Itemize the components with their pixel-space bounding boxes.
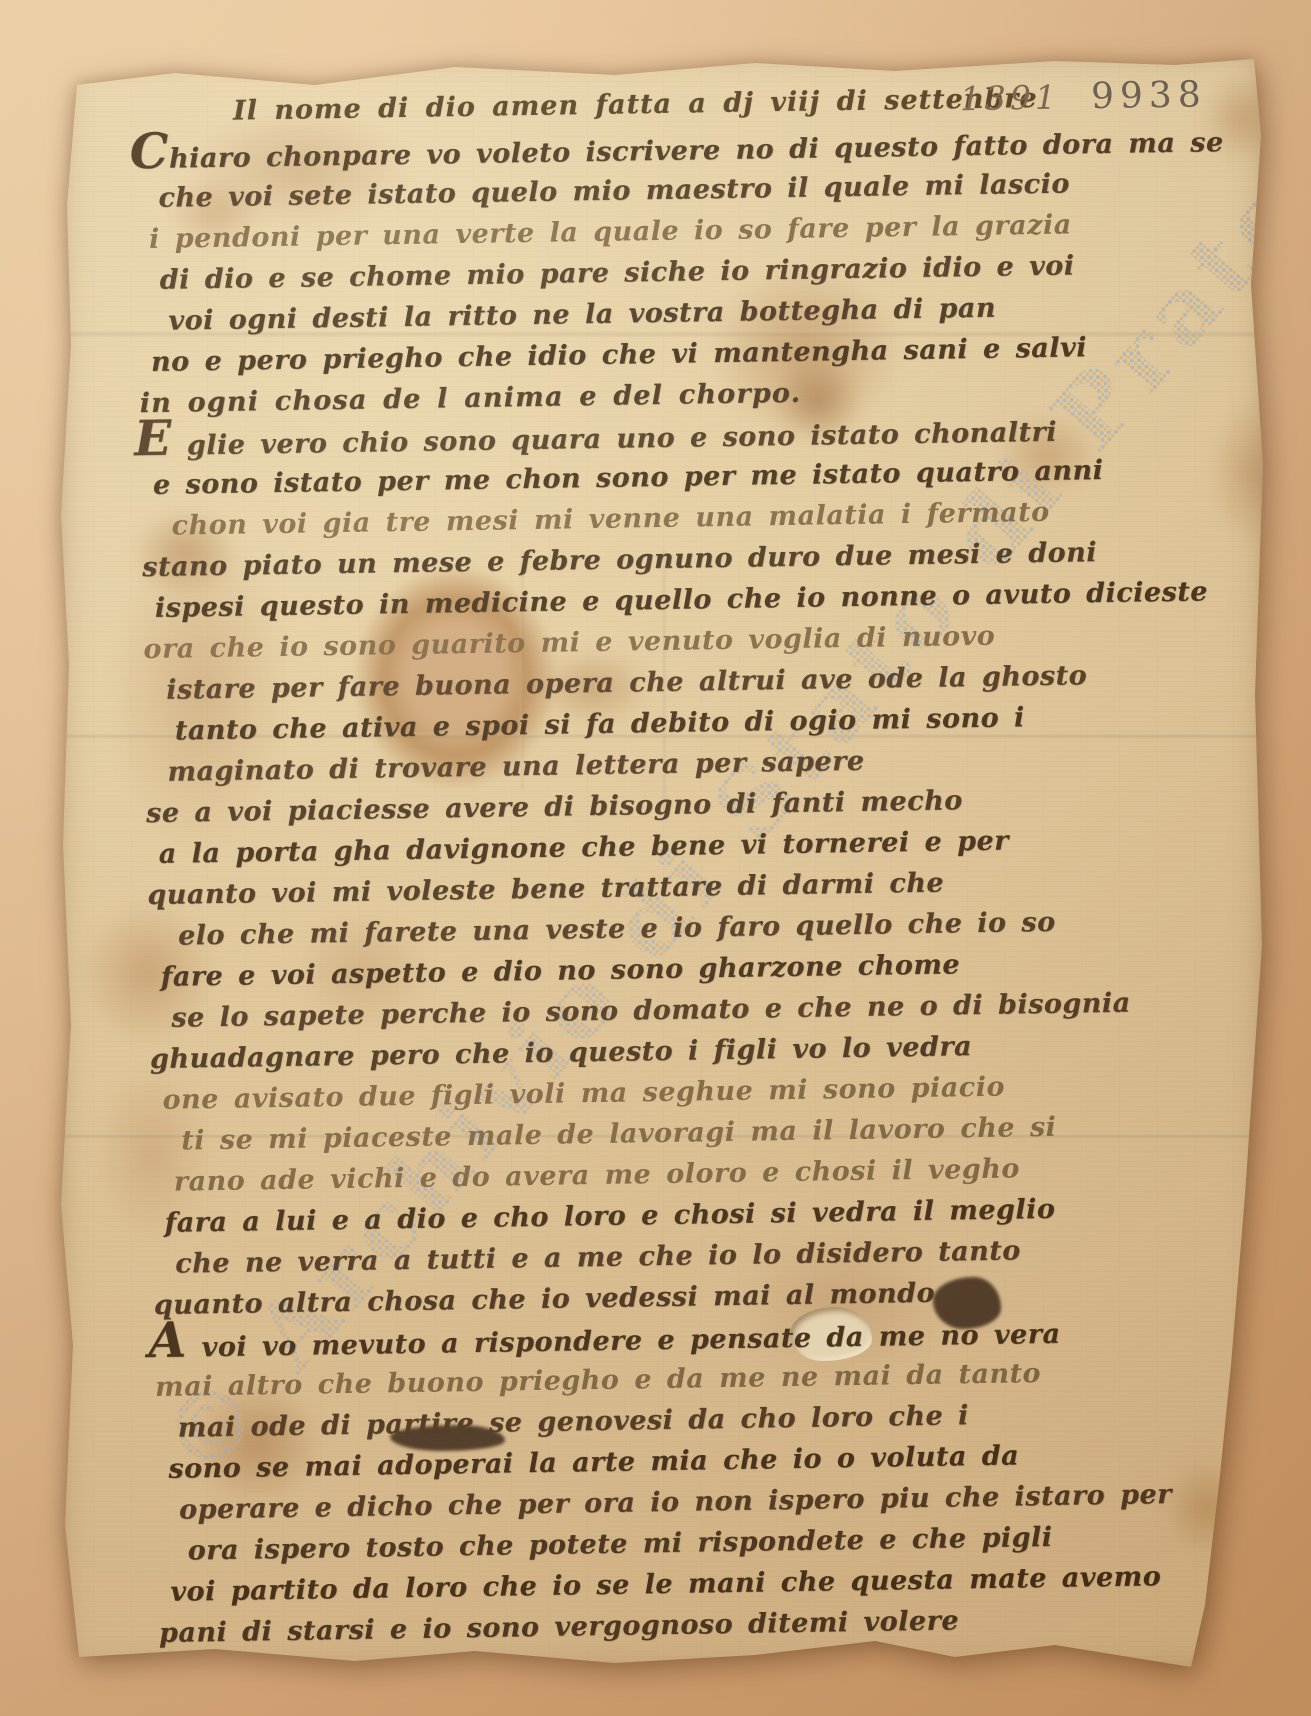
manuscript-letter: © Archivio di Stato di Prato Il nome di … [55, 45, 1267, 1677]
handwritten-content: Il nome di dio amen fatta a dj viij di s… [55, 45, 1267, 1677]
date-year: 1391 [960, 78, 1061, 119]
letter-body: Chiaro chonpare vo voleto iscrivere no d… [136, 120, 1230, 1654]
header-line: Il nome di dio amen fatta a dj viij di s… [233, 83, 1013, 126]
paper-sheet: © Archivio di Stato di Prato Il nome di … [55, 45, 1267, 1677]
archival-numbers: 1391 9938 [960, 74, 1207, 119]
archival-number: 9938 [1091, 74, 1207, 117]
scanner-bed: © Archivio di Stato di Prato Il nome di … [0, 0, 1311, 1716]
